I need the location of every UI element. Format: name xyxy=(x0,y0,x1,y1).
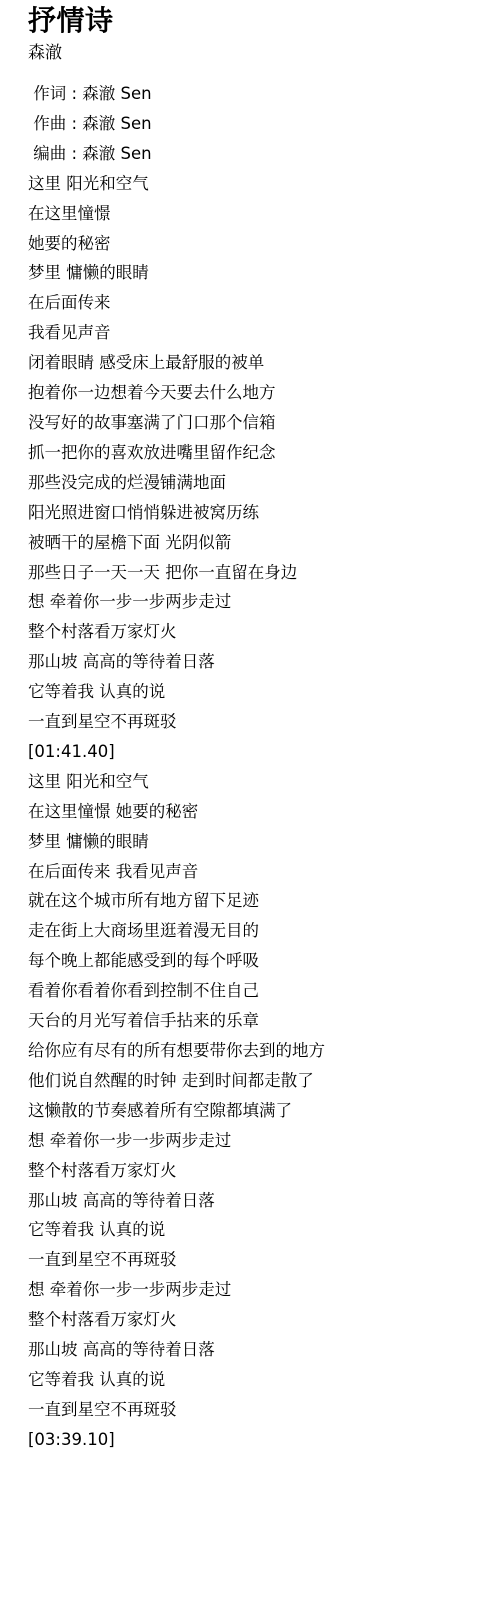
lyric-line: 那些没完成的烂漫铺满地面 xyxy=(28,468,490,498)
page-title: 抒情诗 xyxy=(28,6,490,36)
lyric-line: 被晒干的屋檐下面 光阴似箭 xyxy=(28,528,490,558)
lyric-line: 抓一把你的喜欢放进嘴里留作纪念 xyxy=(28,438,490,468)
lyric-line: 没写好的故事塞满了门口那个信箱 xyxy=(28,408,490,438)
lyric-line: 想 牵着你一步一步两步走过 xyxy=(28,587,490,617)
lyrics-block: 作词 : 森澈 Sen 作曲 : 森澈 Sen 编曲 : 森澈 Sen这里 阳光… xyxy=(28,79,490,1455)
lyric-line: [03:39.10] xyxy=(28,1425,490,1455)
lyric-line: 每个晚上都能感受到的每个呼吸 xyxy=(28,946,490,976)
lyric-line: 整个村落看万家灯火 xyxy=(28,1156,490,1186)
lyric-line: 它等着我 认真的说 xyxy=(28,1215,490,1245)
lyric-line: 天台的月光写着信手拈来的乐章 xyxy=(28,1006,490,1036)
lyric-line: 在后面传来 我看见声音 xyxy=(28,857,490,887)
lyric-line: 这里 阳光和空气 xyxy=(28,767,490,797)
lyric-line: 那山坡 高高的等待着日落 xyxy=(28,1335,490,1365)
lyric-line: 它等着我 认真的说 xyxy=(28,677,490,707)
lyric-line: 抱着你一边想着今天要去什么地方 xyxy=(28,378,490,408)
lyric-line: 那山坡 高高的等待着日落 xyxy=(28,1186,490,1216)
lyric-line: 作词 : 森澈 Sen xyxy=(28,79,490,109)
lyric-line: 阳光照进窗口悄悄躲进被窝历练 xyxy=(28,498,490,528)
lyrics-page: 抒情诗 森澈 作词 : 森澈 Sen 作曲 : 森澈 Sen 编曲 : 森澈 S… xyxy=(0,0,500,1600)
lyric-line: 这里 阳光和空气 xyxy=(28,169,490,199)
lyric-line: 在这里憧憬 xyxy=(28,199,490,229)
lyric-line: 整个村落看万家灯火 xyxy=(28,617,490,647)
lyric-line: 它等着我 认真的说 xyxy=(28,1365,490,1395)
lyric-line: 想 牵着你一步一步两步走过 xyxy=(28,1126,490,1156)
lyric-line: 在这里憧憬 她要的秘密 xyxy=(28,797,490,827)
lyric-line: 在后面传来 xyxy=(28,288,490,318)
lyric-line: 一直到星空不再斑驳 xyxy=(28,707,490,737)
lyric-line: 那山坡 高高的等待着日落 xyxy=(28,647,490,677)
artist-name: 森澈 xyxy=(28,44,490,63)
lyric-line: 给你应有尽有的所有想要带你去到的地方 xyxy=(28,1036,490,1066)
lyric-line: 整个村落看万家灯火 xyxy=(28,1305,490,1335)
lyric-line: 她要的秘密 xyxy=(28,229,490,259)
lyric-line: [01:41.40] xyxy=(28,737,490,767)
lyric-line: 这懒散的节奏感着所有空隙都填满了 xyxy=(28,1096,490,1126)
lyric-line: 一直到星空不再斑驳 xyxy=(28,1395,490,1425)
lyric-line: 编曲 : 森澈 Sen xyxy=(28,139,490,169)
lyric-line: 一直到星空不再斑驳 xyxy=(28,1245,490,1275)
lyric-line: 梦里 慵懒的眼睛 xyxy=(28,827,490,857)
lyric-line: 作曲 : 森澈 Sen xyxy=(28,109,490,139)
lyric-line: 梦里 慵懒的眼睛 xyxy=(28,258,490,288)
lyric-line: 看着你看着你看到控制不住自己 xyxy=(28,976,490,1006)
lyric-line: 走在街上大商场里逛着漫无目的 xyxy=(28,916,490,946)
lyric-line: 我看见声音 xyxy=(28,318,490,348)
lyric-line: 就在这个城市所有地方留下足迹 xyxy=(28,886,490,916)
lyric-line: 那些日子一天一天 把你一直留在身边 xyxy=(28,558,490,588)
lyric-line: 他们说自然醒的时钟 走到时间都走散了 xyxy=(28,1066,490,1096)
lyric-line: 闭着眼睛 感受床上最舒服的被单 xyxy=(28,348,490,378)
lyric-line: 想 牵着你一步一步两步走过 xyxy=(28,1275,490,1305)
